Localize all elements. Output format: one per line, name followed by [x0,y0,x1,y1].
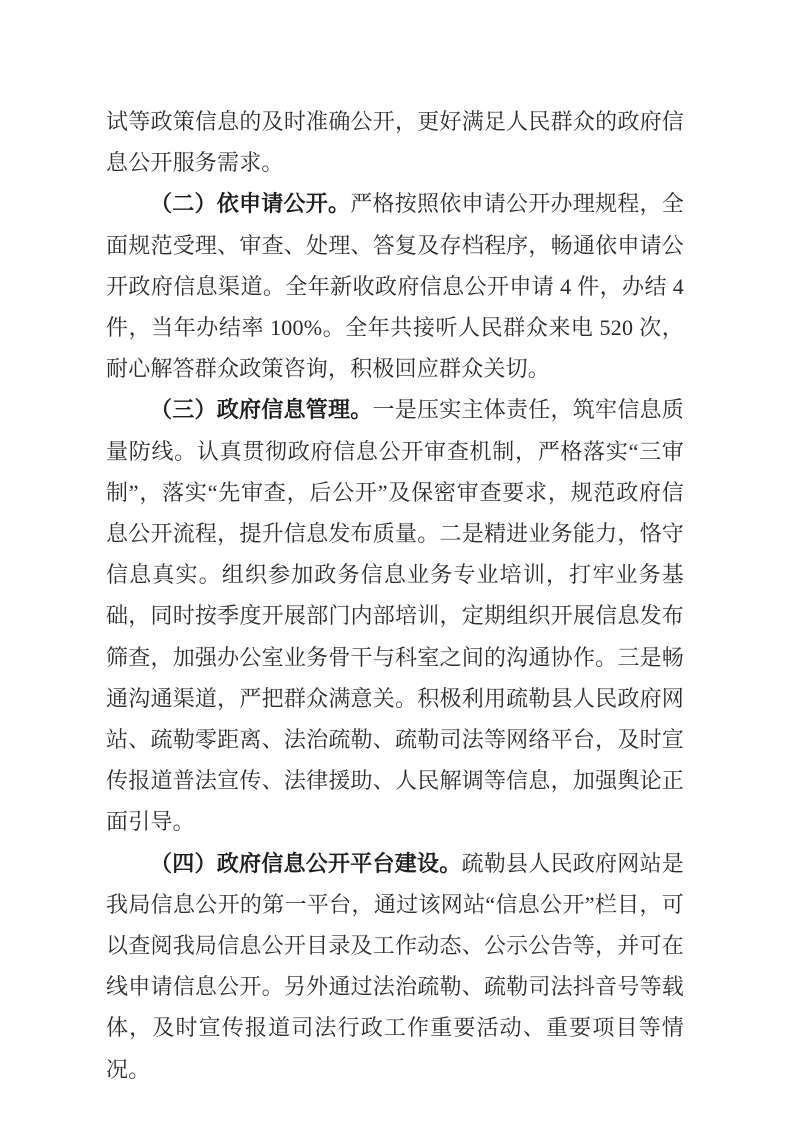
paragraph-continuation: 试等政策信息的及时准确公开，更好满足人民群众的政府信息公开服务需求。 [106,101,684,183]
paragraph-text: 疏勒县人民政府网站是我局信息公开的第一平台，通过该网站“信息公开”栏目，可以查阅… [106,851,684,1082]
paragraph-text: 试等政策信息的及时准确公开，更好满足人民群众的政府信息公开服务需求。 [106,109,684,175]
document-page: 试等政策信息的及时准确公开，更好满足人民群众的政府信息公开服务需求。 （二）依申… [0,0,793,1122]
paragraph-section-2: （二）依申请公开。严格按照依申请公开办理规程，全面规范受理、审查、处理、答复及存… [106,183,684,389]
section-heading: （三）政府信息管理。 [150,397,373,422]
paragraph-text: 一是压实主体责任，筑牢信息质量防线。认真贯彻政府信息公开审查机制，严格落实“三审… [106,397,684,834]
section-heading: （二）依申请公开。 [150,191,350,216]
paragraph-section-3: （三）政府信息管理。一是压实主体责任，筑牢信息质量防线。认真贯彻政府信息公开审查… [106,389,684,842]
paragraph-text: 严格按照依申请公开办理规程，全面规范受理、审查、处理、答复及存档程序，畅通依申请… [106,191,684,381]
document-text-block: 试等政策信息的及时准确公开，更好满足人民群众的政府信息公开服务需求。 （二）依申… [106,101,684,1090]
paragraph-section-4: （四）政府信息公开平台建设。疏勒县人民政府网站是我局信息公开的第一平台，通过该网… [106,843,684,1090]
section-heading: （四）政府信息公开平台建设。 [150,851,462,876]
